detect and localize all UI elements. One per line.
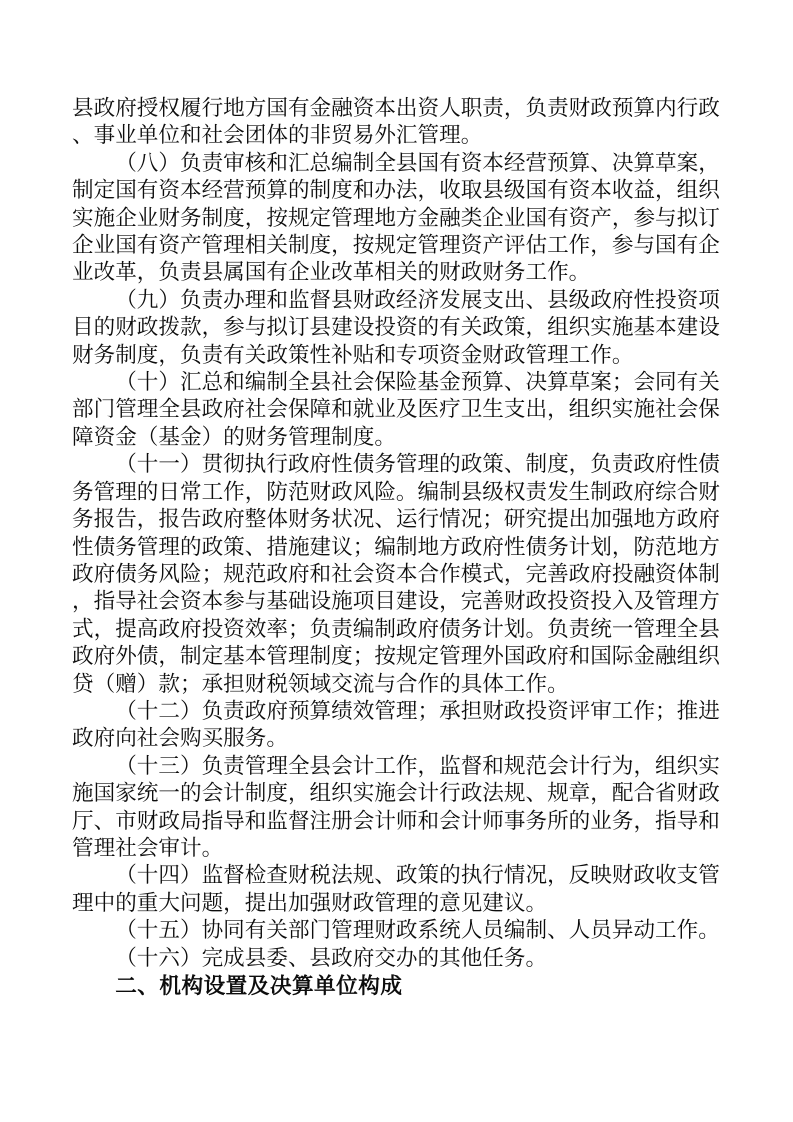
para-duty-13: （十三）负责管理全县会计工作，监督和规范会计行为，组织实施国家统一的会计制度，组…: [72, 753, 720, 863]
para-duty-12: （十二）负责政府预算绩效管理；承担财政投资评审工作；推进政府向社会购买服务。: [72, 698, 720, 753]
text-line: 务报告，报告政府整体财务状况、运行情况；研究提出加强地方政府: [72, 506, 720, 533]
text-line: ，指导社会资本参与基础设施项目建设，完善财政投资投入及管理方: [72, 588, 720, 615]
text-line: 二、机构设置及决算单位构成: [72, 972, 720, 999]
text-line: 贷（赠）款；承担财税领域交流与合作的具体工作。: [72, 671, 720, 698]
text-line: 政府向社会购买服务。: [72, 725, 720, 752]
text-line: 业改革，负责县属国有企业改革相关的财政财务工作。: [72, 259, 720, 286]
text-line: 、事业单位和社会团体的非贸易外汇管理。: [72, 122, 720, 149]
text-line: 实施企业财务制度，按规定管理地方金融类企业国有资产，参与拟订: [72, 205, 720, 232]
text-line: 县政府授权履行地方国有金融资本出资人职责，负责财政预算内行政: [72, 95, 720, 122]
para-duty-16: （十六）完成县委、县政府交办的其他任务。: [72, 945, 720, 972]
text-line: 制定国有资本经营预算的制度和办法，收取县级国有资本收益，组织: [72, 177, 720, 204]
para-duty-7-continuation: 县政府授权履行地方国有金融资本出资人职责，负责财政预算内行政、事业单位和社会团体…: [72, 95, 720, 150]
heading-section-2: 二、机构设置及决算单位构成: [72, 972, 720, 999]
document-body: 县政府授权履行地方国有金融资本出资人职责，负责财政预算内行政、事业单位和社会团体…: [72, 95, 720, 999]
para-duty-8: （八）负责审核和汇总编制全县国有资本经营预算、决算草案，制定国有资本经营预算的制…: [72, 150, 720, 287]
text-line: 务管理的日常工作，防范财政风险。编制县级权责发生制政府综合财: [72, 479, 720, 506]
para-duty-11: （十一）贯彻执行政府性债务管理的政策、制度，负责政府性债务管理的日常工作，防范财…: [72, 451, 720, 698]
text-line: （八）负责审核和汇总编制全县国有资本经营预算、决算草案，: [72, 150, 720, 177]
text-line: （十一）贯彻执行政府性债务管理的政策、制度，负责政府性债: [72, 451, 720, 478]
text-line: 理中的重大问题，提出加强财政管理的意见建议。: [72, 890, 720, 917]
document-page: 县政府授权履行地方国有金融资本出资人职责，负责财政预算内行政、事业单位和社会团体…: [0, 0, 793, 1122]
text-line: 目的财政拨款，参与拟订县建设投资的有关政策，组织实施基本建设: [72, 314, 720, 341]
para-duty-15: （十五）协同有关部门管理财政系统人员编制、人员异动工作。: [72, 917, 720, 944]
text-line: 部门管理全县政府社会保障和就业及医疗卫生支出，组织实施社会保: [72, 396, 720, 423]
text-line: 政府外债，制定基本管理制度；按规定管理外国政府和国际金融组织: [72, 643, 720, 670]
text-line: 企业国有资产管理相关制度，按规定管理资产评估工作，参与国有企: [72, 232, 720, 259]
text-line: （九）负责办理和监督县财政经济发展支出、县级政府性投资项: [72, 287, 720, 314]
text-line: （十）汇总和编制全县社会保险基金预算、决算草案；会同有关: [72, 369, 720, 396]
text-line: 性债务管理的政策、措施建议；编制地方政府性债务计划，防范地方: [72, 534, 720, 561]
text-line: （十四）监督检查财税法规、政策的执行情况，反映财政收支管: [72, 862, 720, 889]
text-line: 式，提高政府投资效率；负责编制政府债务计划。负责统一管理全县: [72, 616, 720, 643]
text-line: 障资金（基金）的财务管理制度。: [72, 424, 720, 451]
para-duty-10: （十）汇总和编制全县社会保险基金预算、决算草案；会同有关部门管理全县政府社会保障…: [72, 369, 720, 451]
text-line: 施国家统一的会计制度，组织实施会计行政法规、规章，配合省财政: [72, 780, 720, 807]
para-duty-9: （九）负责办理和监督县财政经济发展支出、县级政府性投资项目的财政拨款，参与拟订县…: [72, 287, 720, 369]
text-line: （十三）负责管理全县会计工作，监督和规范会计行为，组织实: [72, 753, 720, 780]
text-line: 政府债务风险；规范政府和社会资本合作模式，完善政府投融资体制: [72, 561, 720, 588]
text-line: （十六）完成县委、县政府交办的其他任务。: [72, 945, 720, 972]
text-line: （十五）协同有关部门管理财政系统人员编制、人员异动工作。: [72, 917, 720, 944]
text-line: 厅、市财政局指导和监督注册会计师和会计师事务所的业务，指导和: [72, 808, 720, 835]
text-line: （十二）负责政府预算绩效管理；承担财政投资评审工作；推进: [72, 698, 720, 725]
text-line: 管理社会审计。: [72, 835, 720, 862]
para-duty-14: （十四）监督检查财税法规、政策的执行情况，反映财政收支管理中的重大问题，提出加强…: [72, 862, 720, 917]
text-line: 财务制度，负责有关政策性补贴和专项资金财政管理工作。: [72, 342, 720, 369]
